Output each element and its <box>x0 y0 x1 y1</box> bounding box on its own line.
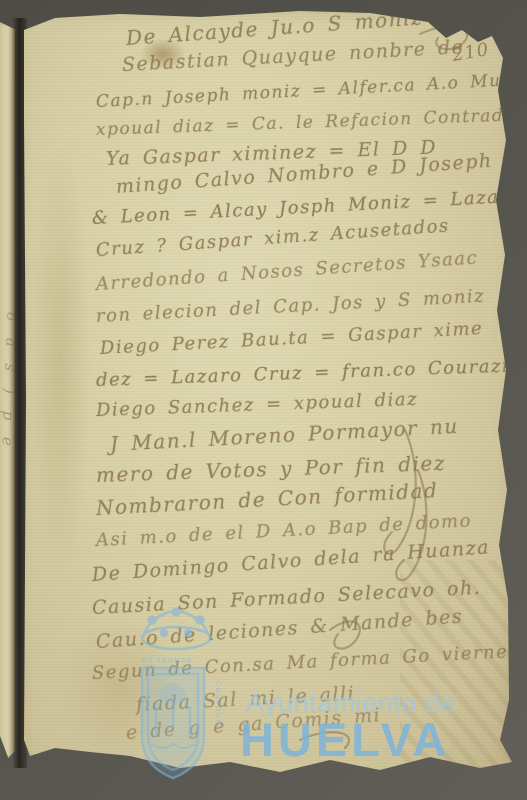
manuscript-line-14: J Man.l Moreno Pormayor nu <box>109 414 459 456</box>
scanned-document-viewport: o a s ) p e De Alcayde Ju.o S moniz = El… <box>0 0 527 800</box>
manuscript-line-3: Cap.n Joseph moniz = Alfer.ca A.o Muñiz … <box>95 68 527 112</box>
manuscript-line-4: xpoual diaz = Ca. le Refacion Contradd.o <box>96 105 527 140</box>
manuscript-lines: De Alcayde Ju.o S moniz = El S.or Cap.nS… <box>0 0 527 800</box>
manuscript-page: De Alcayde Ju.o S moniz = El S.or Cap.nS… <box>0 0 527 800</box>
manuscript-line-12: dez = Lazaro Cruz = fran.co Courazi <box>96 356 510 391</box>
manuscript-line-11: Diego Perez Bau.ta = Gaspar xime <box>99 318 483 359</box>
manuscript-line-13: Diego Sanchez = xpoual diaz <box>96 389 419 421</box>
